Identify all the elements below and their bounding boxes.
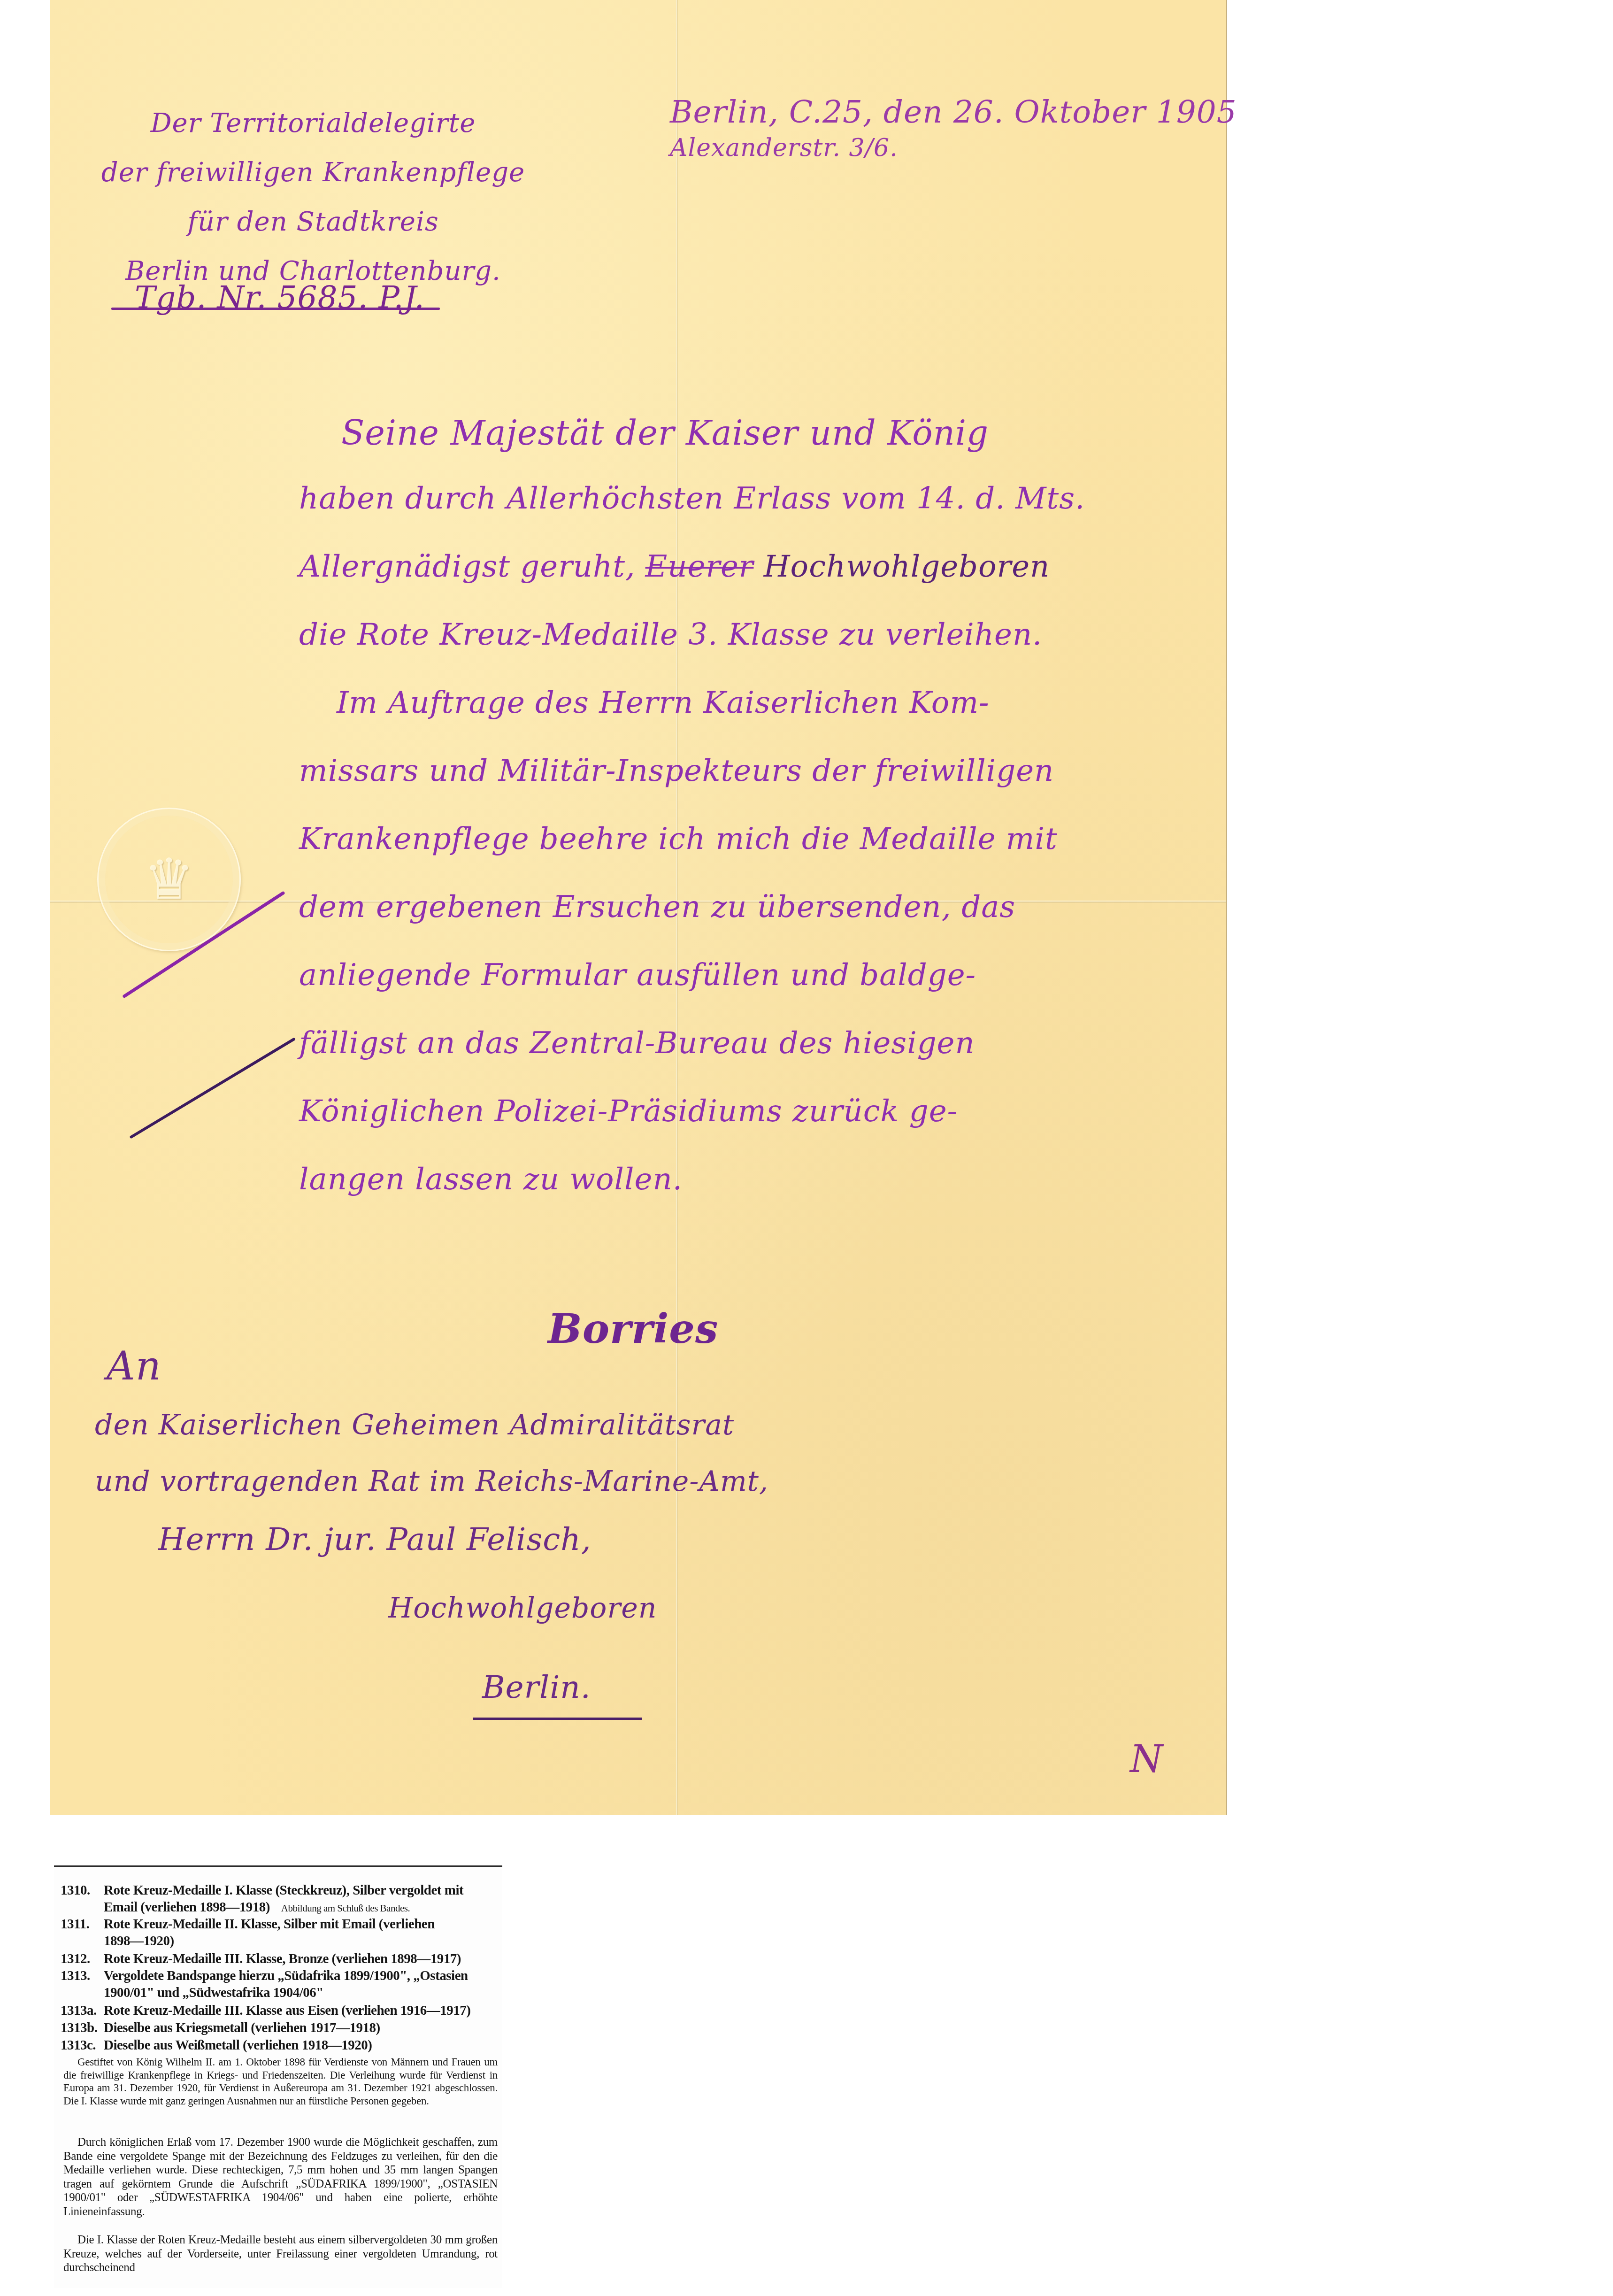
margin-pen-stroke [129,1037,296,1139]
entry-text: Dieselbe aus Weißmetall (verliehen 1918—… [104,2038,372,2053]
sender-line: der freiwilligen Krankenpflege [78,148,548,197]
entry-text: Vergoldete Bandspange hierzu „Südafrika … [104,1968,468,1983]
journal-number: Tgb. Nr. 5685. P.J. [135,279,425,316]
entry-number: 1313a. [61,2002,104,2019]
body-line: die Rote Kreuz-Medaille 3. Klasse zu ver… [299,617,1042,652]
catalog-entry: 1313.Vergoldete Bandspange hierzu „Südaf… [61,1967,497,2001]
catalog-paragraph: Gestiftet von König Wilhelm II. am 1. Ok… [63,2056,498,2107]
struck-word: Euerer [645,549,754,584]
catalog-entry: 1313b.Dieselbe aus Kriegsmetall (verlieh… [61,2019,497,2036]
catalog-entry: 1310.Rote Kreuz-Medaille I. Klasse (Stec… [61,1882,497,1917]
body-text: Hochwohlgeboren [764,549,1050,584]
entry-continuation: Email (verliehen 1898—1918)Abbildung am … [61,1899,497,1917]
sender-line: Der Territorialdelegirte [78,99,548,148]
body-line: dem ergebenen Ersuchen zu übersenden, da… [299,890,1015,925]
catalog-paragraph: Die I. Klasse der Roten Kreuz-Medaille b… [63,2233,498,2275]
recipient-line: den Kaiserlichen Geheimen Admiralitätsra… [95,1409,734,1441]
sender-line: für den Stadtkreis [78,197,548,247]
entry-note: Abbildung am Schluß des Bandes. [281,1903,410,1914]
body-line: Im Auftrage des Herrn Kaiserlichen Kom- [337,686,990,720]
body-line: haben durch Allerhöchsten Erlass vom 14.… [299,481,1085,516]
catalog-clipping: 1310.Rote Kreuz-Medaille I. Klasse (Stec… [54,1865,502,2288]
embossed-seal: ♛ [97,808,241,951]
journal-underline [111,308,440,310]
entry-text: Rote Kreuz-Medaille I. Klasse (Steckkreu… [104,1883,463,1898]
sender-street: Alexanderstr. 3/6. [670,134,898,162]
recipient-line: und vortragenden Rat im Reichs-Marine-Am… [95,1465,768,1498]
entry-number: 1313c. [61,2037,104,2054]
recipient-name: Herrn Dr. jur. Paul Felisch, [158,1521,591,1557]
entry-text: Rote Kreuz-Medaille III. Klasse, Bronze … [104,1951,461,1966]
place-date: Berlin, C.25, den 26. Oktober 1905 [670,94,1237,130]
entry-text: Email (verliehen 1898—1918) [104,1900,270,1915]
signature: Borries [548,1305,718,1353]
entry-number: 1312. [61,1950,104,1967]
recipient-salutation: An [107,1343,161,1389]
catalog-entry: 1313c.Dieselbe aus Weißmetall (verliehen… [61,2037,497,2054]
recipient-honorific: Hochwohlgeboren [388,1592,657,1625]
catalog-paragraph: Durch königlichen Erlaß vom 17. Dezember… [63,2135,498,2219]
crown-crest-icon: ♛ [144,847,194,912]
body-line: langen lassen zu wollen. [299,1162,683,1197]
body-text: Allergnädigst geruht, [299,549,635,584]
recipient-city: Berlin. [482,1669,591,1705]
entry-number: 1310. [61,1882,104,1899]
city-underline [473,1718,642,1720]
sender-block: Der Territorialdelegirte der freiwillige… [78,99,548,296]
entry-number: 1311. [61,1916,104,1933]
entry-continuation: 1900/01" und „Südwestafrika 1904/06" [61,1984,497,2001]
catalog-entry: 1312.Rote Kreuz-Medaille III. Klasse, Br… [61,1950,497,1967]
body-line: missars und Militär-Inspekteurs der frei… [299,754,1054,788]
body-line: Königlichen Polizei-Präsidiums zurück ge… [299,1094,958,1129]
entry-number: 1313. [61,1967,104,1984]
catalog-entry: 1313a.Rote Kreuz-Medaille III. Klasse au… [61,2002,497,2019]
body-line: Krankenpflege beehre ich mich die Medail… [299,822,1058,856]
entry-text: Rote Kreuz-Medaille III. Klasse aus Eise… [104,2003,471,2018]
body-line: anliegende Formular ausfüllen und baldge… [299,958,976,993]
corner-initials: N [1130,1737,1163,1781]
entry-continuation: 1898—1920) [61,1933,497,1949]
entry-text: Dieselbe aus Kriegsmetall (verliehen 191… [104,2020,380,2035]
body-line: fälligst an das Zentral-Bureau des hiesi… [299,1026,975,1061]
catalog-entry: 1311.Rote Kreuz-Medaille II. Klasse, Sil… [61,1916,497,1949]
entry-text: Rote Kreuz-Medaille II. Klasse, Silber m… [104,1917,435,1932]
letter-sheet: Der Territorialdelegirte der freiwillige… [50,0,1226,1815]
body-line: Seine Majestät der Kaiser und König [341,413,989,453]
body-line: Allergnädigst geruht, Euerer Hochwohlgeb… [299,549,1050,584]
entry-number: 1313b. [61,2019,104,2036]
